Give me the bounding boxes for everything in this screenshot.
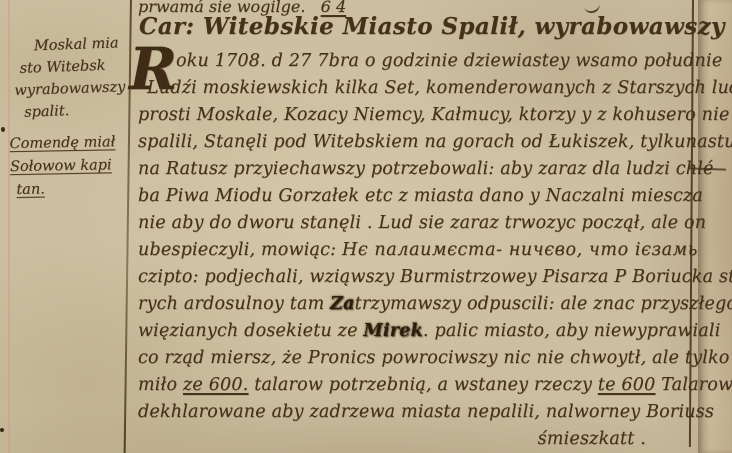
text-segment: rych ardosulnoy tam — [138, 294, 330, 314]
manuscript-line: oku 1708. d 27 7bra o godzinie dziewiast… — [138, 48, 694, 75]
ink-speck — [1, 127, 5, 132]
manuscript-line: nie aby do dworu stanęli . Lud sie zaraz… — [138, 210, 694, 237]
text-segment: więzianych dosekietu ze — [138, 321, 363, 341]
manuscript-line: Ludźi moskiewskich kilka Set, komenderow… — [138, 75, 694, 102]
text-segment: . palic miasto, aby niewyprawiali — [423, 321, 721, 341]
manuscript-line-signoff: śmieszkatt . — [138, 426, 694, 453]
text-segment: prosti Moskale, Kozacy Niemcy, Kałmucy, … — [138, 105, 732, 125]
text-segment: co rząd miersz, że Pronics powrociwszy n… — [138, 348, 732, 368]
text-segment: Ludźi moskiewskich kilka Set, komenderow… — [147, 78, 732, 98]
text-segment: ba Piwa Miodu Gorzałek etc z miasta dano… — [138, 186, 703, 206]
entry-heading: Car: Witebskie Miasto Spalił, wyrabowaws… — [139, 13, 732, 40]
manuscript-line: miło ze 600. talarow potrzebnią, a wstan… — [138, 372, 694, 399]
margin-note-line: tan. — [10, 177, 132, 202]
margin-note-moskal: Moskal mia sto Witebsk wyrabowawszy spal… — [12, 32, 131, 124]
manuscript-line: ubespieczyli, mowiąc: Нє палаимєста- нич… — [138, 237, 694, 264]
text-segment: Нє палаимєста- ничєво, что ієзамь — [342, 240, 698, 260]
text-segment: dekhlarowane aby zadrzewa miasta nepalil… — [138, 402, 714, 422]
text-segment: nie aby do dworu stanęli . Lud sie zaraz… — [138, 213, 706, 233]
manuscript-line: spalili, Stanęli pod Witebskiem na gorac… — [138, 129, 694, 156]
text-segment: spalili, Stanęli pod Witebskiem na gorac… — [138, 132, 732, 152]
text-segment: trzymawszy odpuscili: ale znac przyszłeg… — [355, 294, 732, 314]
manuscript-line: prosti Moskale, Kozacy Niemcy, Kałmucy, … — [138, 102, 694, 129]
margin-note-line: spalit. — [15, 98, 132, 124]
manuscript-line: rych ardosulnoy tam Zatrzymawszy odpusci… — [138, 291, 694, 318]
entry-body: oku 1708. d 27 7bra o godzinie dziewiast… — [138, 48, 694, 453]
margin-note-line: Sołowow kapi — [10, 154, 132, 179]
manuscript-scan: Moskal mia sto Witebsk wyrabowawszy spal… — [0, 0, 732, 453]
text-segment: talarow potrzebnią, a wstaney rzeczy — [248, 375, 597, 395]
text-segment: ze 600. — [183, 375, 249, 395]
text-segment: czipto: podjechali, wziąwszy Burmistrzow… — [138, 267, 732, 287]
margin-note-line: Comendę miał — [9, 131, 131, 156]
text-segment: Za — [330, 294, 355, 314]
text-segment: Talarow — [655, 375, 732, 395]
manuscript-line: więzianych dosekietu ze Mirek. palic mia… — [138, 318, 694, 345]
text-segment: oku 1708. d 27 7bra o godzinie dziewiast… — [176, 51, 722, 71]
text-segment: na Ratusz przyiechawszy potrzebowali: ab… — [138, 159, 714, 179]
margin-note-line: wyrabowawszy — [14, 76, 131, 102]
manuscript-line: na Ratusz przyiechawszy potrzebowali: ab… — [138, 156, 694, 183]
manuscript-line: ba Piwa Miodu Gorzałek etc z miasta dano… — [138, 183, 694, 210]
margin-note-comende: Comendę miał Sołowow kapi tan. — [9, 131, 132, 202]
margin-note-line: Moskal mia — [12, 32, 129, 58]
text-segment: ubespieczyli, mowiąc: — [138, 240, 342, 260]
manuscript-line: czipto: podjechali, wziąwszy Burmistrzow… — [138, 264, 694, 291]
ink-speck — [0, 428, 4, 432]
text-segment: Mirek — [363, 321, 423, 341]
manuscript-line: co rząd miersz, że Pronics powrociwszy n… — [138, 345, 694, 372]
text-segment: miło — [138, 375, 183, 395]
text-segment: śmieszkatt . — [538, 429, 646, 449]
red-margin-line — [8, 0, 10, 453]
manuscript-line: dekhlarowane aby zadrzewa miasta nepalil… — [138, 399, 694, 426]
text-segment: te 600 — [598, 375, 656, 395]
